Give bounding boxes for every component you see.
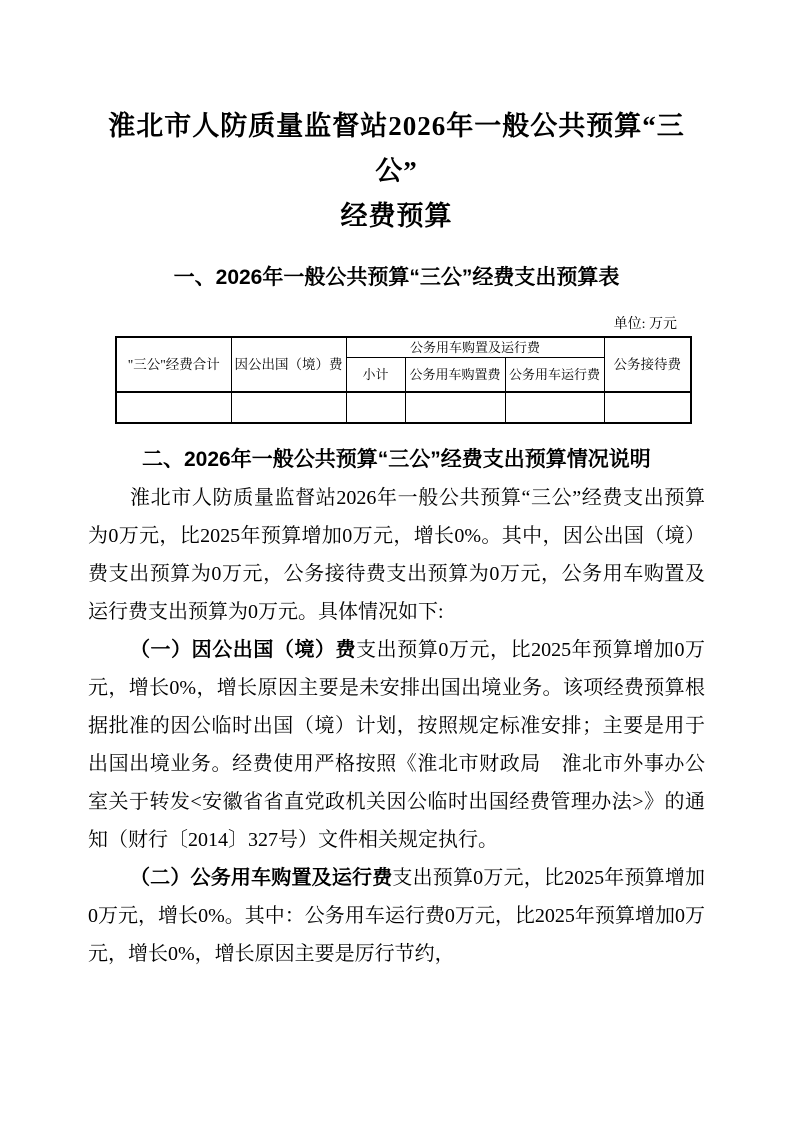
summary-paragraph: 淮北市人防质量监督站2026年一般公共预算“三公”经费支出预算为0万元，比202… <box>88 479 705 631</box>
cell-abroad <box>231 392 346 423</box>
section-two-heading: 二、2026年一般公共预算“三公”经费支出预算情况说明 <box>88 441 705 479</box>
cell-vehicle-purchase <box>405 392 505 423</box>
cell-total <box>116 392 231 423</box>
document-title-line-2: 经费预算 <box>88 194 705 239</box>
document-title: 淮北市人防质量监督站2026年一般公共预算“三公” 经费预算 <box>88 104 705 239</box>
page-content: 淮北市人防质量监督站2026年一般公共预算“三公” 经费预算 一、2026年一般… <box>0 104 793 973</box>
budget-table: "三公"经费合计 因公出国（境）费 公务用车购置及运行费 公务接待费 小计 公务… <box>115 336 692 424</box>
table-data-row <box>116 392 691 423</box>
item-one-paragraph: （一）因公出国（境）费支出预算0万元，比2025年预算增加0万元，增长0%，增长… <box>88 631 705 859</box>
cell-vehicle-subtotal <box>346 392 405 423</box>
item-two-paragraph: （二）公务用车购置及运行费支出预算0万元，比2025年预算增加0万元，增长0%。… <box>88 859 705 973</box>
item-two-label: （二）公务用车购置及运行费 <box>130 867 392 889</box>
col-header-vehicle-purchase: 公务用车购置费 <box>405 358 505 393</box>
document-title-line-1: 淮北市人防质量监督站2026年一般公共预算“三公” <box>88 104 705 194</box>
section-one-heading: 一、2026年一般公共预算“三公”经费支出预算表 <box>88 263 705 293</box>
col-header-vehicle-group: 公务用车购置及运行费 <box>346 337 604 358</box>
item-one-label: （一）因公出国（境）费 <box>130 639 356 661</box>
col-header-vehicle-operation: 公务用车运行费 <box>505 358 604 393</box>
col-header-vehicle-subtotal: 小计 <box>346 358 405 393</box>
table-unit-label: 单位: 万元 <box>88 317 705 333</box>
cell-reception <box>604 392 691 423</box>
col-header-reception: 公务接待费 <box>604 337 691 392</box>
document-page: 淮北市人防质量监督站2026年一般公共预算“三公” 经费预算 一、2026年一般… <box>0 0 793 1122</box>
col-header-total: "三公"经费合计 <box>116 337 231 392</box>
table-header-row-top: "三公"经费合计 因公出国（境）费 公务用车购置及运行费 公务接待费 <box>116 337 691 358</box>
item-one-text: 支出预算0万元，比2025年预算增加0万元，增长0%，增长原因主要是未安排出国出… <box>88 639 705 851</box>
col-header-abroad: 因公出国（境）费 <box>231 337 346 392</box>
cell-vehicle-operation <box>505 392 604 423</box>
